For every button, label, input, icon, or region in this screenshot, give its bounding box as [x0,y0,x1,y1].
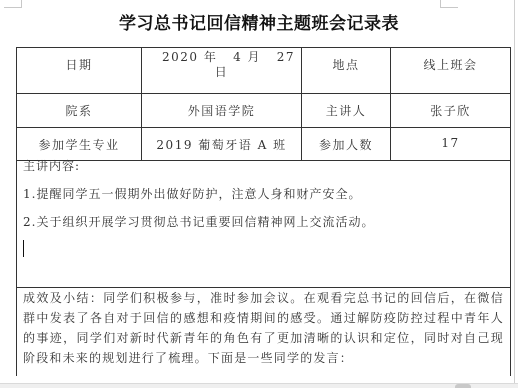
content-heading: 主讲内容: [23,159,504,174]
date-day: 27 [277,50,295,65]
page-corner-mark [440,0,458,8]
value-attendance[interactable]: 17 [390,128,511,160]
scrollbar-thumb[interactable] [455,384,471,388]
page-edge [514,0,515,388]
page-corner-mark [4,0,22,8]
content-item: 1.提醒同学五一假期外出做好防护，注意人身和财产安全。 [23,187,504,202]
info-table: 日期 2020 年 4 月 27 日 地点 线上班会 院系 外国语学院 主讲人 … [16,47,511,161]
summary-cell[interactable]: 成效及小结：同学们积极参与，准时参加会议。在观看完总书记的回信后，在微信群中发表… [16,288,511,376]
summary-text: 成效及小结：同学们积极参与，准时参加会议。在观看完总书记的回信后，在微信群中发表… [23,288,504,368]
lecture-content-cell[interactable]: 主讲内容: 1.提醒同学五一假期外出做好防护，注意人身和财产安全。 2.关于组织… [16,157,511,288]
label-speaker: 主讲人 [301,94,390,127]
horizontal-scrollbar[interactable] [0,383,518,388]
table-row-department: 院系 外国语学院 主讲人 张子欣 [16,94,511,128]
value-speaker[interactable]: 张子欣 [390,94,511,127]
text-cursor [23,240,24,257]
value-date[interactable]: 2020 年 4 月 27 日 [141,48,301,93]
document-page: 学习总书记回信精神主题班会记录表 日期 2020 年 4 月 27 日 地点 线… [0,0,518,388]
value-major[interactable]: 2019 葡萄牙语 A 班 [141,128,301,160]
document-title: 学习总书记回信精神主题班会记录表 [0,9,518,34]
date-year: 2020 年 [162,50,217,65]
table-row-date: 日期 2020 年 4 月 27 日 地点 线上班会 [16,47,511,94]
label-location: 地点 [301,48,390,93]
label-department: 院系 [16,94,141,127]
date-month: 4 月 [233,50,261,65]
label-attendance: 参加人数 [301,128,390,160]
value-department[interactable]: 外国语学院 [141,94,301,127]
content-item: 2.关于组织开展学习贯彻总书记重要回信精神网上交流活动。 [23,215,504,230]
date-day-suffix: 日 [142,65,301,80]
value-location[interactable]: 线上班会 [390,48,511,93]
label-date: 日期 [16,48,141,93]
label-major: 参加学生专业 [16,128,141,160]
